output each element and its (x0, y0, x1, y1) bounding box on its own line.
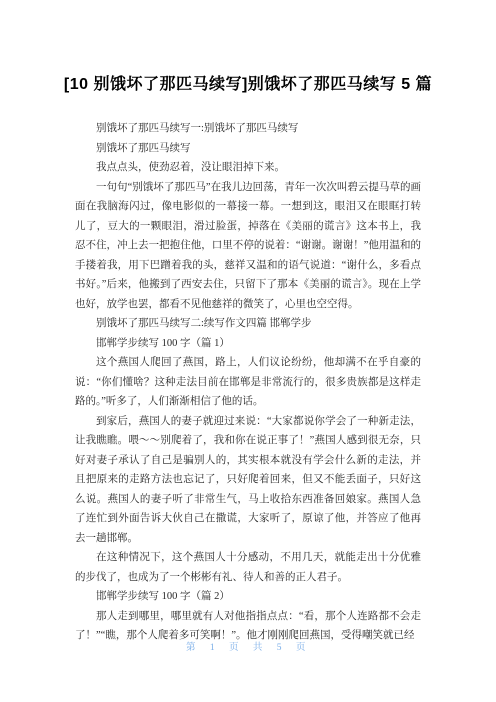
paragraph: 我点点头，使劲忍着，没让眼泪掉下来。 (75, 158, 421, 178)
paragraph: 邯郸学步续写 100 字（篇 2） (75, 587, 421, 607)
paragraph: 别饿坏了那匹马续写 (75, 139, 421, 159)
page-footer: 第 1 页 共 5 页 (0, 639, 496, 653)
paragraph: 一句句“别饿坏了那匹马”在我儿边回荡，青年一次次叫碧云提马草的画面在我脑海闪过，… (75, 178, 421, 315)
paragraph: 别饿坏了那匹马续写一:别饿坏了那匹马续写 (75, 119, 421, 139)
paragraph: 别饿坏了那匹马续写二:续写作文四篇 邯郸学步 (75, 314, 421, 334)
paragraph: 在这种情况下，这个燕国人十分感动，不用几天，就能走出十分优雅的步伐了，也成为了一… (75, 548, 421, 587)
page-number-label: 第 1 页 共 5 页 (186, 643, 310, 653)
document-page: [10 别饿坏了那匹马续写]别饿坏了那匹马续写 5 篇 别饿坏了那匹马续写一:别… (0, 0, 496, 702)
paragraph: 这个燕国人爬回了燕国，路上，人们议论纷纷，他却满不在乎自豪的说：“你们懂啥？这种… (75, 353, 421, 412)
document-title: [10 别饿坏了那匹马续写]别饿坏了那匹马续写 5 篇 (0, 0, 496, 97)
document-body: 别饿坏了那匹马续写一:别饿坏了那匹马续写别饿坏了那匹马续写我点点头，使劲忍着，没… (0, 119, 496, 646)
paragraph: 邯郸学步续写 100 字（篇 1） (75, 334, 421, 354)
paragraph: 到家后，燕国人的妻子就迎过来说：“大家都说你学会了一种新走法，让我瞧瞧。喂～～别… (75, 412, 421, 549)
